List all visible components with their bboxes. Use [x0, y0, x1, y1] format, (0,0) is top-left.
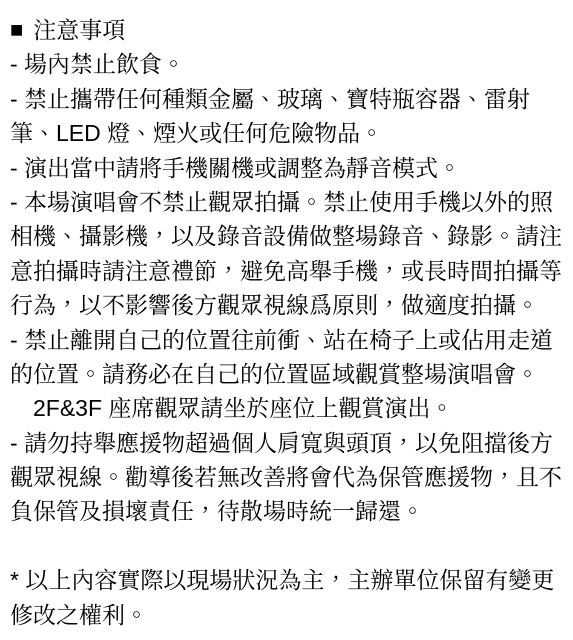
notice-line: 負保管及損壞責任，待散場時統一歸還。 [10, 494, 567, 528]
notice-document: ■ 注意事項 - 場內禁止飲食。 - 禁止攜帶任何種類金屬、玻璃、寶特瓶容器、雷… [0, 0, 573, 640]
notice-line: - 場內禁止飲食。 [10, 47, 567, 81]
notice-line-seated-audience: 2F&3F 座席觀眾請坐於座位上觀賞演出。 [10, 391, 567, 425]
notice-heading-title: 注意事項 [33, 13, 125, 47]
notice-footnote-line: * 以上內容實際以現場狀況為主，主辦單位保留有變更 [10, 563, 567, 597]
notice-line: 觀眾視線。勸導後若無改善將會代為保管應援物，且不 [10, 460, 567, 494]
notice-line: - 禁止攜帶任何種類金屬、玻璃、寶特瓶容器、雷射 [10, 82, 567, 116]
notice-line: - 請勿持舉應援物超過個人肩寬與頭頂，以免阻擋後方 [10, 426, 567, 460]
notice-heading: ■ 注意事項 [10, 13, 567, 47]
notice-line: 意拍攝時請注意禮節，避免高舉手機，或長時間拍攝等 [10, 254, 567, 288]
notice-line: - 本場演唱會不禁止觀眾拍攝。禁止使用手機以外的照 [10, 185, 567, 219]
blank-line-spacer [10, 529, 567, 563]
notice-line: 的位置。請務必在自己的位置區域觀賞整場演唱會。 [10, 357, 567, 391]
black-square-bullet-icon: ■ [10, 19, 23, 41]
notice-line: 筆、LED 燈、煙火或任何危險物品。 [10, 116, 567, 150]
notice-line: - 禁止離開自己的位置往前衝、站在椅子上或佔用走道 [10, 323, 567, 357]
notice-line: - 演出當中請將手機關機或調整為靜音模式。 [10, 151, 567, 185]
notice-line: 相機、攝影機，以及錄音設備做整場錄音、錄影。請注 [10, 219, 567, 253]
notice-line: 行為，以不影響後方觀眾視線爲原則，做適度拍攝。 [10, 288, 567, 322]
notice-footnote-line: 修改之權利。 [10, 598, 567, 632]
